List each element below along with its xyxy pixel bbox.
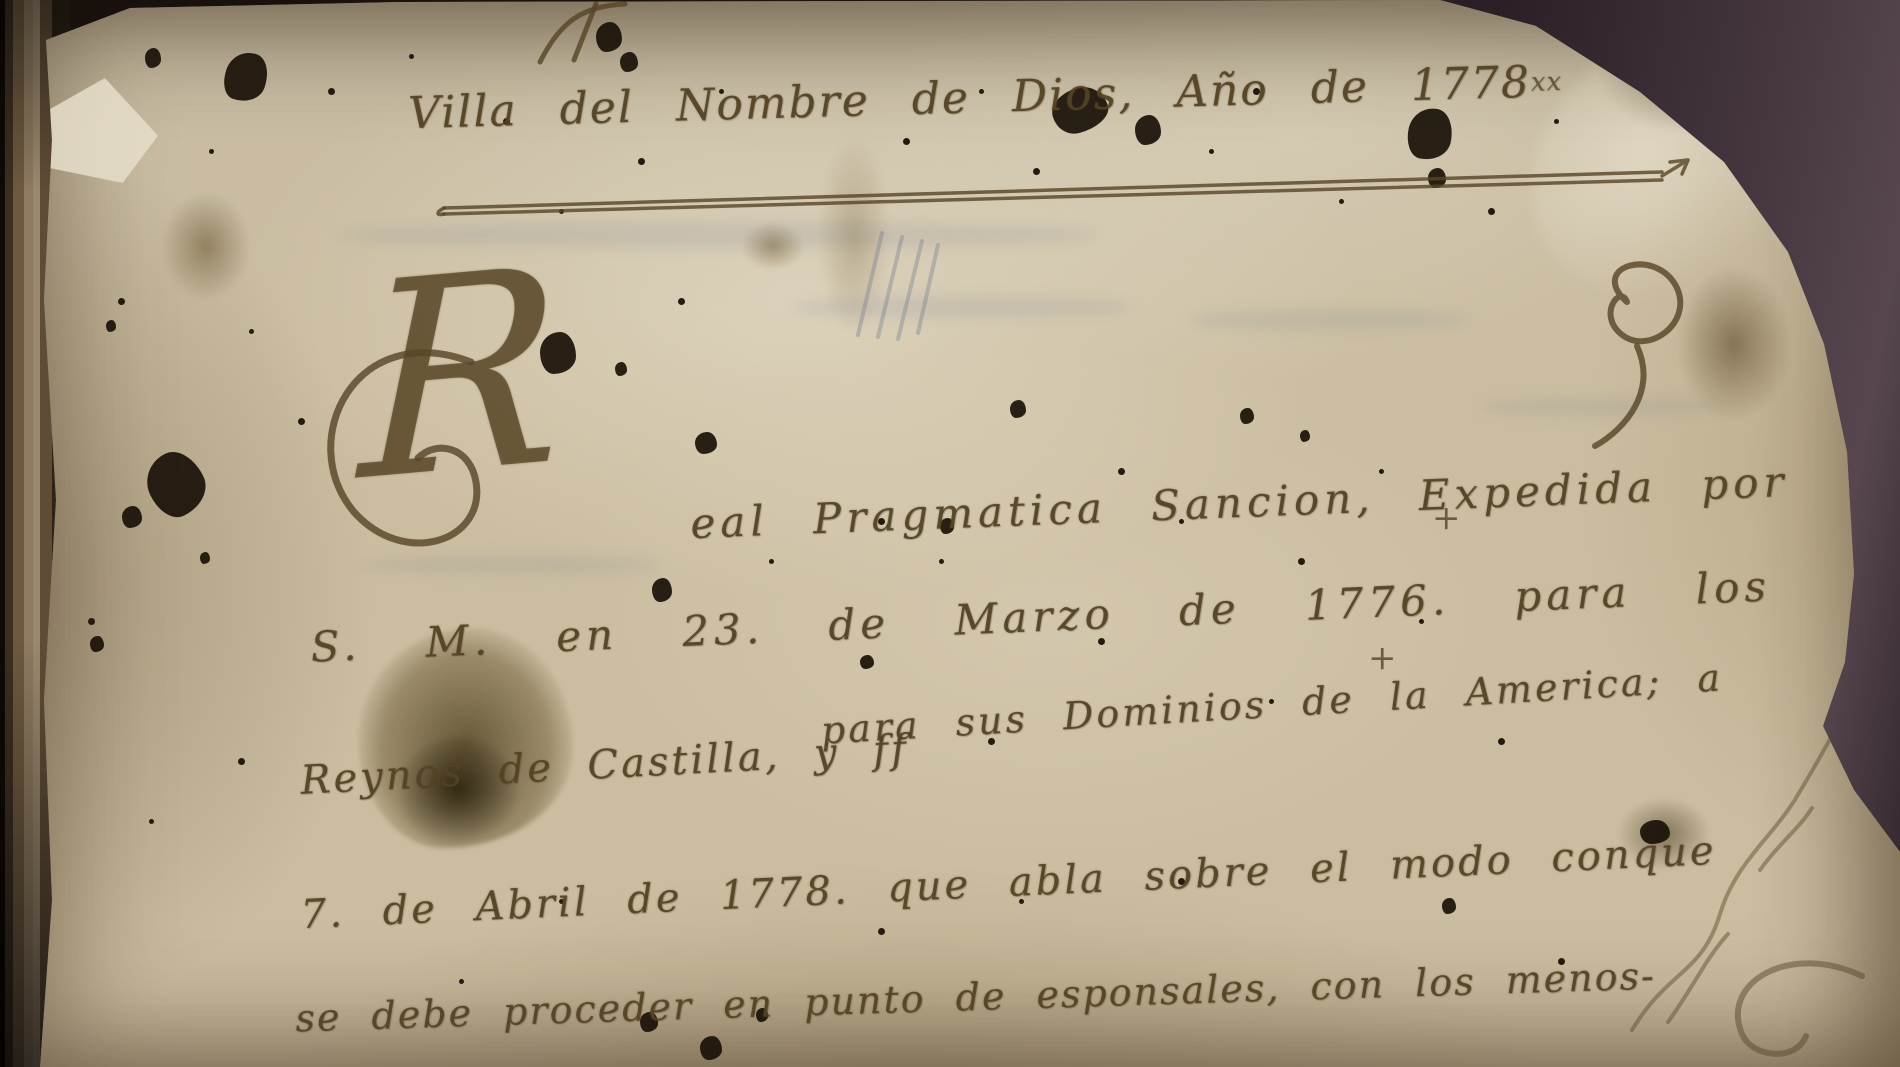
ink-blot bbox=[652, 578, 672, 602]
ornate-initial: R bbox=[358, 232, 564, 519]
ink-blot bbox=[1240, 408, 1254, 424]
showthrough-line bbox=[1190, 310, 1470, 330]
ink-blot bbox=[90, 636, 104, 652]
showthrough-strokes bbox=[840, 215, 950, 345]
manuscript-page: Villa del Nombre de Dios, Año de 1778xx … bbox=[0, 0, 1900, 1067]
pen-stroke-top bbox=[530, 0, 660, 70]
line-dominios-america: para sus Dominios de la America; a bbox=[819, 655, 1724, 753]
title-flourish: xx bbox=[1530, 67, 1562, 98]
stain bbox=[1598, 16, 1773, 131]
ink-blot bbox=[218, 46, 275, 107]
corner-swash bbox=[1600, 950, 1890, 1067]
ink-blot bbox=[615, 362, 627, 376]
caret-mark: + bbox=[1368, 638, 1397, 678]
line-date-1776: S. M. en 23. de Marzo de 1776. para los bbox=[310, 561, 1772, 671]
line-esponsales: se debe proceder en punto de esponsales,… bbox=[295, 954, 1657, 1041]
ink-blot bbox=[1856, 148, 1890, 204]
ink-blot bbox=[1135, 115, 1161, 145]
ink-blot bbox=[695, 432, 717, 454]
ink-blot bbox=[200, 552, 210, 564]
ink-blot bbox=[1300, 430, 1310, 442]
ink-blot bbox=[700, 1036, 722, 1060]
caret-mark: + bbox=[1432, 498, 1461, 538]
torn-page-flap bbox=[40, 78, 158, 183]
title-underline-rule bbox=[430, 148, 1700, 228]
ink-blot bbox=[860, 655, 874, 669]
ink-blot bbox=[106, 320, 116, 332]
ink-blot bbox=[1010, 400, 1026, 418]
ink-blot bbox=[137, 443, 215, 525]
flourish-glyph bbox=[1565, 258, 1725, 458]
ink-blot bbox=[145, 48, 161, 68]
manuscript-photo: Villa del Nombre de Dios, Año de 1778xx … bbox=[0, 0, 1900, 1067]
stain bbox=[742, 222, 804, 270]
ink-blot bbox=[122, 506, 142, 528]
line-date-1778: 7. de Abril de 1778. que abla sobre el m… bbox=[300, 828, 1718, 938]
stain bbox=[162, 192, 250, 300]
ink-blot bbox=[1442, 898, 1456, 914]
line-real-pragmatica: eal Pragmatica Sancion, Expedida por bbox=[689, 457, 1789, 548]
